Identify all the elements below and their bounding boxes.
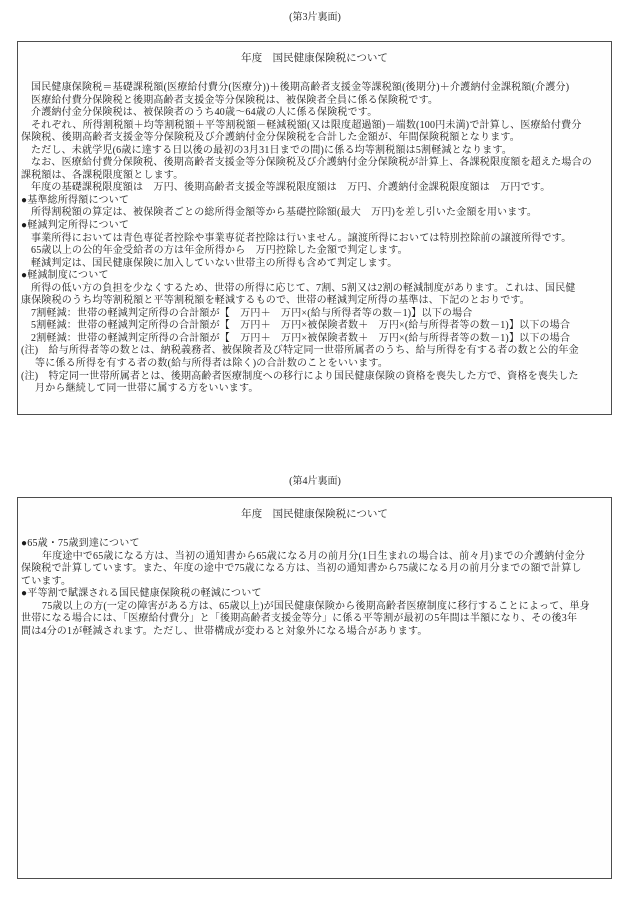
text-line: なお、医療給付費分保険税、後期高齢者支援金等分保険税及び介護納付金分保険税が計算… — [21, 157, 608, 170]
note-line: (注) 特定同一世帯所属者とは、後期高齢者医療制度への移行により国民健康保険の資… — [21, 371, 608, 384]
notice-box-sheet3: 年度 国民健康保険税について 国民健康保険税＝基礎課税額(医療給付費分(医療分)… — [17, 41, 612, 415]
sheet4-back-label: (第4片裏面) — [0, 476, 630, 488]
bullet-heading-standard-income: ●基準総所得額について — [21, 195, 608, 208]
text-line: 年度の基礎課税限度額は 万円、後期高齢者支援金等課税限度額は 万円、介護納付金課… — [21, 182, 608, 195]
text-line: 医療給付費分保険税と後期高齢者支援金等分保険税は、被保険者全員に係る保険税です。 — [21, 95, 608, 108]
text-line: 康保険税のうち均等割税額と平等割税額を軽減するもので、世帯の軽減判定所得の基準は… — [21, 295, 608, 308]
text-line: 保険税、後期高齢者支援金等分保険税及び介護納付金分保険税を合計した金額が、年間保… — [21, 132, 608, 145]
bullet-heading-per-household-reduction: ●平等割で賦課される国民健康保険税の軽減について — [21, 588, 608, 601]
sheet3-back-label: (第3片裏面) — [0, 12, 630, 24]
box2-body: ●65歳・75歳到達について 年度途中で65歳になる方は、当初の通知書から65歳… — [18, 538, 611, 638]
text-line: 所得割税額の算定は、被保険者ごとの総所得金額等から基礎控除額(最大 万円)を差し… — [21, 207, 608, 220]
text-line: 保険税で計算しています。また、年度の途中で75歳になる方は、当初の通知書から75… — [21, 563, 608, 576]
text-line: 所得の低い方の負担を少なくするため、世帯の所得に応じて、7割、5割又は2割の軽減… — [21, 283, 608, 296]
box1-title: 年度 国民健康保険税について — [18, 52, 611, 65]
bullet-heading-reduction-judgement-income: ●軽減判定所得について — [21, 220, 608, 233]
text-line: ています。 — [21, 576, 608, 589]
box1-body: 国民健康保険税＝基礎課税額(医療給付費分(医療分))＋後期高齢者支援金等課税額(… — [18, 82, 611, 396]
reduction-70-line: 7割軽減：世帯の軽減判定所得の合計額が【 万円＋ 万円×(給与所得者等の数－1)… — [21, 308, 608, 321]
text-line: 65歳以上の公的年金受給者の方は年金所得から 万円控除した金額で判定します。 — [21, 245, 608, 258]
note-line: (注) 給与所得者等の数とは、納税義務者、被保険者及び特定同一世帯所属者のうち、… — [21, 345, 608, 358]
note-line: 等に係る所得を有する者の数(給与所得者は除く)の合計数のことをいいます。 — [21, 358, 608, 371]
text-line: それぞれ、所得割税額＋均等割税額＋平等割税額－軽減税額(又は限度超過額)－端数(… — [21, 120, 608, 133]
text-line: 課税額は、各課税限度額とします。 — [21, 170, 608, 183]
text-line: 年度途中で65歳になる方は、当初の通知書から65歳になる月の前月分(1日生まれの… — [21, 551, 608, 564]
note-line: 月から継続して同一世帯に属する方をいいます。 — [21, 383, 608, 396]
text-line: 国民健康保険税＝基礎課税額(医療給付費分(医療分))＋後期高齢者支援金等課税額(… — [21, 82, 608, 95]
text-line: 75歳以上の方(一定の障害がある方は、65歳以上)が国民健康保険から後期高齢者医… — [21, 601, 608, 614]
reduction-20-line: 2割軽減：世帯の軽減判定所得の合計額が【 万円＋ 万円×被保険者数＋ 万円×(給… — [21, 333, 608, 346]
text-line: 介護納付金分保険税は、被保険者のうち40歳～64歳の人に係る保険税です。 — [21, 107, 608, 120]
bullet-heading-reduction-system: ●軽減制度について — [21, 270, 608, 283]
box2-title: 年度 国民健康保険税について — [18, 508, 611, 521]
reduction-50-line: 5割軽減：世帯の軽減判定所得の合計額が【 万円＋ 万円×被保険者数＋ 万円×(給… — [21, 320, 608, 333]
text-line: 事業所得においては青色専従者控除や事業専従者控除は行いません。譲渡所得においては… — [21, 233, 608, 246]
notice-box-sheet4: 年度 国民健康保険税について ●65歳・75歳到達について 年度途中で65歳にな… — [17, 497, 612, 879]
text-line: ただし、未就学児(6歳に達する日以後の最初の3月31日までの間)に係る均等割税額… — [21, 145, 608, 158]
text-line: 間は4分の1が軽減されます。ただし、世帯構成が変わると対象外になる場合があります… — [21, 626, 608, 639]
text-line: 軽減判定は、国民健康保険に加入していない世帯主の所得も含めて判定します。 — [21, 258, 608, 271]
bullet-heading-age-65-75: ●65歳・75歳到達について — [21, 538, 608, 551]
text-line: 世帯になる場合には、「医療給付費分」と「後期高齢者支援金等分」に係る平等割が最初… — [21, 613, 608, 626]
document-page: (第3片裏面) 年度 国民健康保険税について 国民健康保険税＝基礎課税額(医療給… — [0, 0, 630, 903]
